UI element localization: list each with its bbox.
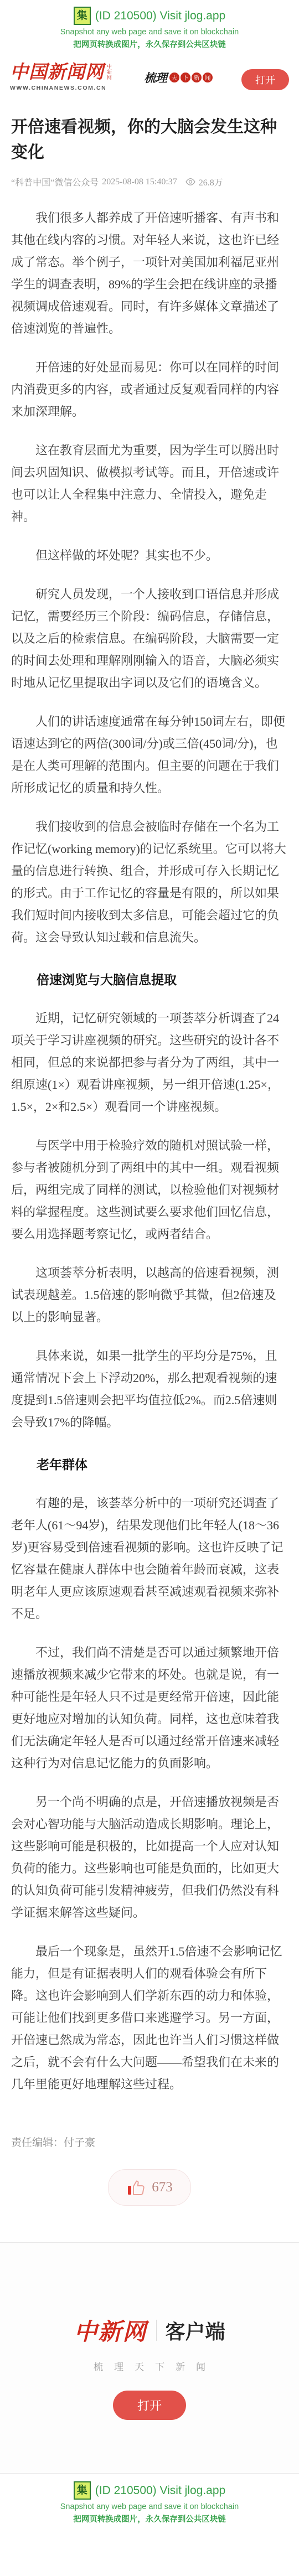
- view-count: 26.8万: [199, 175, 223, 188]
- promo-banner-subtitle-cn: 把网页转换成图片，永久保存到公共区块链: [0, 2515, 299, 2525]
- footer-app-promo: 中新网 客户端 梳理天下新闻 打开: [0, 2242, 299, 2473]
- article-paragraph: 与医学中用于检验疗效的随机对照试验一样，参与者被随机分到了两组中的其中一组。观看…: [11, 1135, 288, 1245]
- site-header: 中国新闻网 中新网 WWW.CHINANEWS.COM.CN 梳理 天 下 新 …: [0, 56, 299, 100]
- like-button[interactable]: 673: [108, 2169, 191, 2206]
- ji-badge-icon: 集: [74, 7, 91, 25]
- promo-banner-subtitle-en: Snapshot any web page and save it on blo…: [0, 27, 299, 38]
- article-paragraph: 不过，我们尚不清楚是否可以通过频繁地开倍速播放视频来减少它带来的坏处。也就是说，…: [11, 1642, 288, 1775]
- site-tagline-stamp: 梳理 天 下 新 闻: [144, 69, 213, 86]
- section-heading: 老年群体: [11, 1453, 288, 1476]
- article-paragraph: 我们很多人都养成了开倍速听播客、有声书和其他在线内容的习惯。对年轻人来说，这也许…: [11, 207, 288, 340]
- article-paragraph: 最后一个现象是，虽然开1.5倍速不会影响记忆能力，但是有证据表明人们的观看体验会…: [11, 1941, 288, 2096]
- article-paragraph: 研究人员发现，一个人接收到口语信息并形成记忆，需要经历三个阶段：编码信息，存储信…: [11, 583, 288, 694]
- article-paragraph: 另一个尚不明确的点是，开倍速播放视频是否会对心智功能与大脑活动造成长期影响。理论…: [11, 1791, 288, 1924]
- footer-tagline: 梳理天下新闻: [0, 2359, 299, 2373]
- promo-banner-subtitle-cn: 把网页转换成图片，永久保存到公共区块链: [0, 40, 299, 50]
- article-source: “科普中国”微信公众号: [11, 175, 99, 188]
- section-heading: 倍速浏览与大脑信息提取: [11, 969, 288, 991]
- tagline-seal: 下: [181, 73, 190, 82]
- footer-logo-text: 中新网: [74, 2314, 147, 2347]
- promo-banner-title: (ID 210500) Visit jlog.app: [95, 2484, 225, 2497]
- eye-icon: [185, 178, 196, 186]
- article-title: 开倍速看视频，你的大脑会发生这种变化: [11, 115, 288, 165]
- open-app-button-top[interactable]: 打开: [241, 69, 289, 90]
- article-datetime: 2025-08-08 15:40:37: [102, 177, 177, 187]
- footer-logo-divider: [156, 2320, 157, 2341]
- article-paragraph: 近期，记忆研究领域的一项荟萃分析调查了24项关于学习讲座视频的研究。这些研究的设…: [11, 1007, 288, 1118]
- promo-banner-top[interactable]: 集 (ID 210500) Visit jlog.app Snapshot an…: [0, 0, 299, 56]
- page: 集 (ID 210500) Visit jlog.app Snapshot an…: [0, 0, 299, 2534]
- article-paragraph: 开倍速的好处显而易见：你可以在同样的时间内消费更多的内容，或者通过反复观看同样的…: [11, 356, 288, 423]
- site-logo-side-text: 中新网: [106, 64, 112, 80]
- tagline-seal: 天: [169, 73, 179, 82]
- article-paragraph: 我们接收到的信息会被临时存储在一个名为工作记忆(working memory)的…: [11, 816, 288, 949]
- thumbs-up-icon: [126, 2179, 146, 2196]
- editor-credit: 责任编辑：付子豪: [11, 2134, 288, 2149]
- tagline-seal: 新: [192, 73, 202, 82]
- article-paragraph: 这在教育层面尤为重要，因为学生可以腾出时间去巩固知识、做模拟考试等。而且，开倍速…: [11, 439, 288, 528]
- site-url: WWW.CHINANEWS.COM.CN: [10, 85, 112, 91]
- article-paragraph: 具体来说，如果一批学生的平均分是75%，且通常情况下会上下浮动20%，那么把观看…: [11, 1345, 288, 1434]
- footer-client-label: 客户端: [166, 2316, 225, 2345]
- promo-banner-subtitle-en: Snapshot any web page and save it on blo…: [0, 2502, 299, 2512]
- site-logo: 中国新闻网 中新网 WWW.CHINANEWS.COM.CN: [10, 63, 112, 91]
- article-paragraph: 这项荟萃分析表明，以越高的倍速看视频，测试表现越差。1.5倍速的影响微乎其微，但…: [11, 1262, 288, 1328]
- open-app-button-bottom[interactable]: 打开: [113, 2391, 186, 2420]
- article-paragraph: 有趣的是，该荟萃分析中的一项研究还调查了老年人(61～94岁)，结果发现他们比年…: [11, 1492, 288, 1625]
- tagline-seal: 闻: [203, 73, 213, 82]
- article-paragraph: 人们的讲话速度通常在每分钟150词左右，即便语速达到它的两倍(300词/分)或三…: [11, 711, 288, 799]
- site-logo-text: 中国新闻网: [10, 63, 104, 82]
- article-paragraph: 但这样做的坏处呢？其实也不少。: [11, 545, 288, 567]
- tagline-prefix: 梳理: [144, 69, 167, 86]
- article-meta: “科普中国”微信公众号 2025-08-08 15:40:37 26.8万: [11, 175, 288, 188]
- ji-badge-icon: 集: [74, 2481, 91, 2500]
- article-body: 我们很多人都养成了开倍速听播客、有声书和其他在线内容的习惯。对年轻人来说，这也许…: [0, 207, 299, 2096]
- like-count: 673: [152, 2180, 173, 2195]
- promo-banner-title: (ID 210500) Visit jlog.app: [95, 9, 225, 23]
- promo-banner-bottom[interactable]: 集 (ID 210500) Visit jlog.app Snapshot an…: [0, 2473, 299, 2534]
